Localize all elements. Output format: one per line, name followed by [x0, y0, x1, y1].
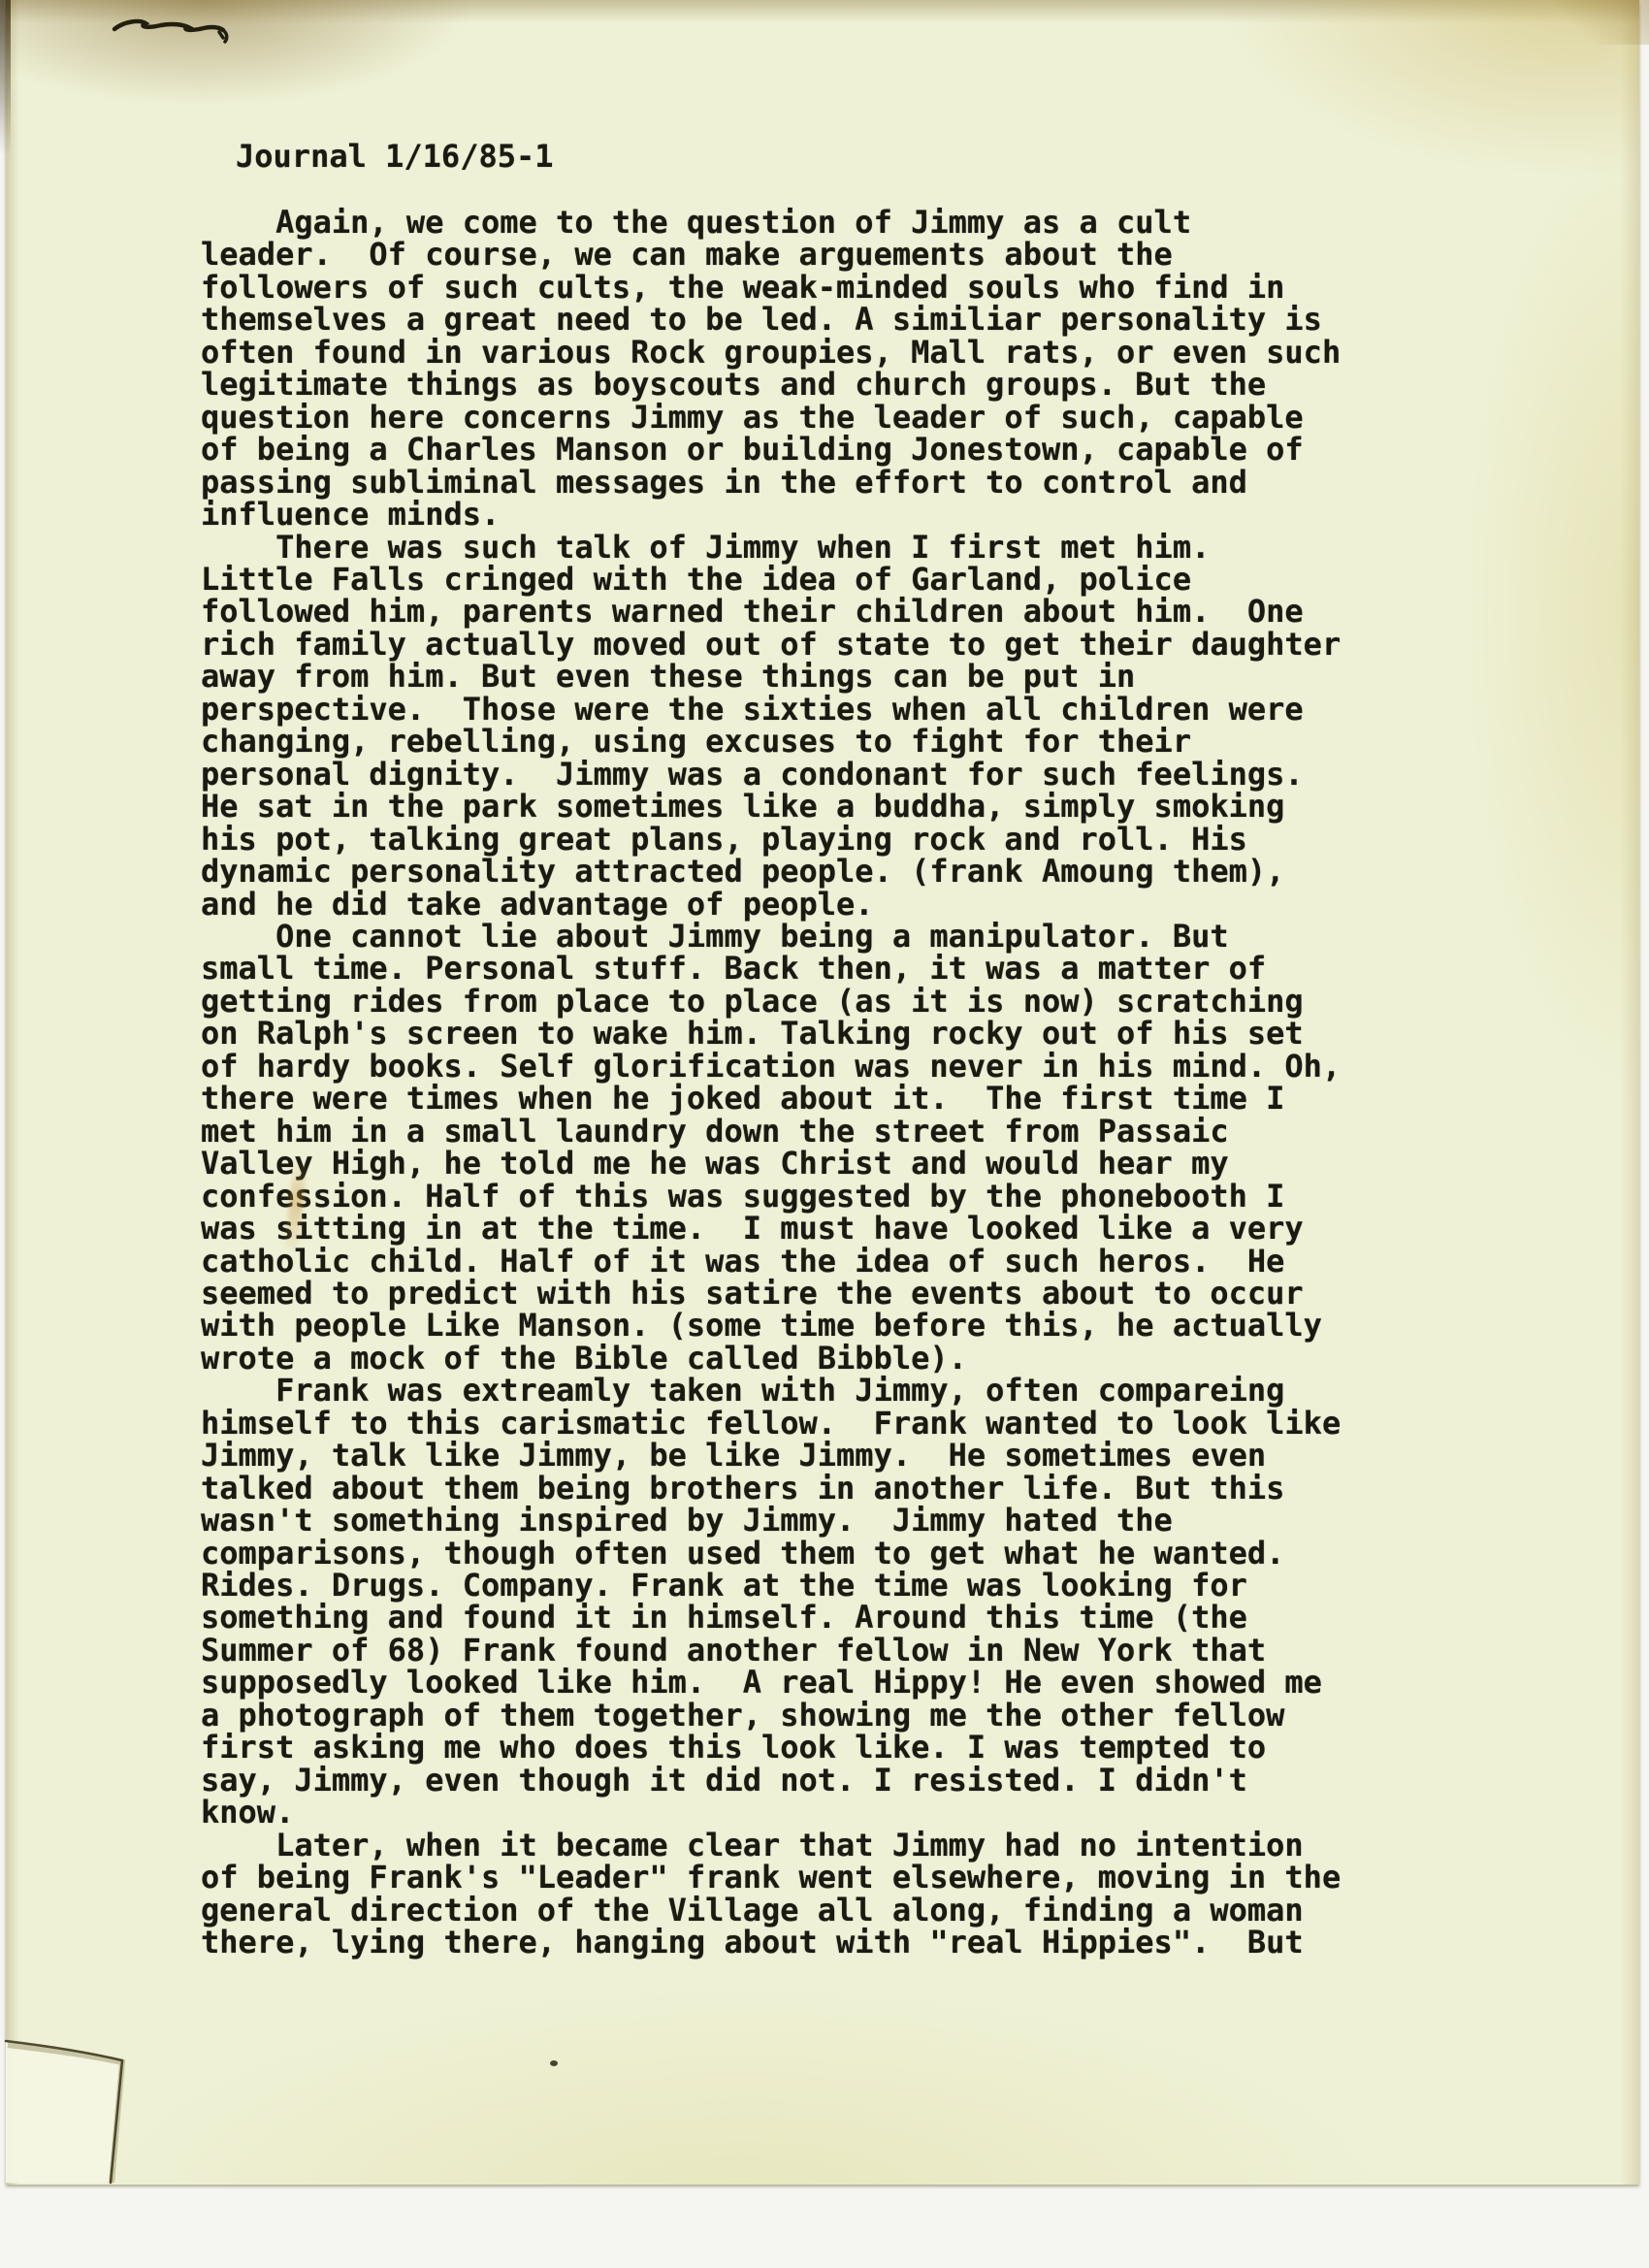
text-line: confession. Half of this was suggested b… — [201, 1181, 1501, 1213]
text-line: getting rides from place to place (as it… — [201, 986, 1501, 1018]
scanner-background: Journal 1/16/85-1 Again, we come to the … — [0, 0, 1649, 2268]
text-line: his pot, talking great plans, playing ro… — [201, 824, 1501, 856]
text-line: comparisons, though often used them to g… — [201, 1538, 1501, 1570]
text-line: a photograph of them together, showing m… — [201, 1700, 1501, 1732]
text-line: often found in various Rock groupies, Ma… — [201, 337, 1501, 369]
text-line: there were times when he joked about it.… — [201, 1083, 1501, 1115]
text-line: small time. Personal stuff. Back then, i… — [201, 953, 1501, 985]
text-line: of being Frank's "Leader" frank went els… — [201, 1862, 1501, 1894]
text-line: Rides. Drugs. Company. Frank at the time… — [201, 1570, 1501, 1602]
folded-corner — [4, 1991, 198, 2185]
text-line: there, lying there, hanging about with "… — [201, 1927, 1501, 1959]
text-line: Jimmy, talk like Jimmy, be like Jimmy. H… — [201, 1440, 1501, 1472]
text-line: rich family actually moved out of state … — [201, 629, 1501, 661]
page-title: Journal 1/16/85-1 — [236, 140, 554, 173]
text-line: wrote a mock of the Bible called Bibble)… — [201, 1343, 1501, 1375]
text-line: question here concerns Jimmy as the lead… — [201, 402, 1501, 434]
text-line: Again, we come to the question of Jimmy … — [201, 207, 1501, 239]
text-line: seemed to predict with his satire the ev… — [201, 1278, 1501, 1310]
text-line: on Ralph's screen to wake him. Talking r… — [201, 1018, 1501, 1050]
ink-speck — [550, 2060, 558, 2066]
text-line: dynamic personality attracted people. (f… — [201, 856, 1501, 888]
text-line: Summer of 68) Frank found another fellow… — [201, 1635, 1501, 1667]
text-line: of being a Charles Manson or building Jo… — [201, 434, 1501, 466]
text-line: first asking me who does this look like.… — [201, 1732, 1501, 1764]
text-line: perspective. Those were the sixties when… — [201, 694, 1501, 726]
text-line: Little Falls cringed with the idea of Ga… — [201, 564, 1501, 596]
text-line: Frank was extreamly taken with Jimmy, of… — [201, 1375, 1501, 1407]
text-line: influence minds. — [201, 499, 1501, 531]
paragraph: There was such talk of Jimmy when I firs… — [201, 532, 1501, 921]
text-line: know. — [201, 1797, 1501, 1829]
text-line: say, Jimmy, even though it did not. I re… — [201, 1765, 1501, 1797]
text-line: themselves a great need to be led. A sim… — [201, 304, 1501, 336]
text-line: followed him, parents warned their child… — [201, 596, 1501, 628]
text-line: was sitting in at the time. I must have … — [201, 1213, 1501, 1245]
text-line: He sat in the park sometimes like a budd… — [201, 791, 1501, 823]
text-line: something and found it in himself. Aroun… — [201, 1602, 1501, 1634]
text-line: Valley High, he told me he was Christ an… — [201, 1148, 1501, 1180]
text-line: leader. Of course, we can make arguement… — [201, 239, 1501, 271]
paragraph: Later, when it became clear that Jimmy h… — [201, 1830, 1501, 1960]
text-line: and he did take advantage of people. — [201, 889, 1501, 921]
paragraph: Frank was extreamly taken with Jimmy, of… — [201, 1375, 1501, 1829]
paragraph: Again, we come to the question of Jimmy … — [201, 207, 1501, 532]
text-line: of hardy books. Self glorification was n… — [201, 1051, 1501, 1083]
text-line: with people Like Manson. (some time befo… — [201, 1310, 1501, 1342]
text-line: catholic child. Half of it was the idea … — [201, 1246, 1501, 1278]
text-line: legitimate things as boyscouts and churc… — [201, 369, 1501, 401]
text-line: away from him. But even these things can… — [201, 661, 1501, 693]
text-line: met him in a small laundry down the stre… — [201, 1116, 1501, 1148]
text-line: One cannot lie about Jimmy being a manip… — [201, 921, 1501, 953]
journal-body: Again, we come to the question of Jimmy … — [201, 207, 1501, 1959]
text-line: passing subliminal messages in the effor… — [201, 467, 1501, 499]
corner-stain — [1556, 0, 1649, 45]
text-line: personal dignity. Jimmy was a condonant … — [201, 759, 1501, 791]
paragraph: One cannot lie about Jimmy being a manip… — [201, 921, 1501, 1375]
text-line: wasn't something inspired by Jimmy. Jimm… — [201, 1505, 1501, 1537]
journal-page: Journal 1/16/85-1 Again, we come to the … — [6, 0, 1639, 2185]
text-line: supposedly looked like him. A real Hippy… — [201, 1667, 1501, 1699]
scan-edge-shadow — [0, 0, 11, 155]
text-line: himself to this carismatic fellow. Frank… — [201, 1408, 1501, 1440]
text-line: There was such talk of Jimmy when I firs… — [201, 532, 1501, 564]
text-line: talked about them being brothers in anot… — [201, 1473, 1501, 1505]
text-line: changing, rebelling, using excuses to fi… — [201, 726, 1501, 758]
text-line: general direction of the Village all alo… — [201, 1895, 1501, 1927]
text-line: Later, when it became clear that Jimmy h… — [201, 1830, 1501, 1862]
text-line: followers of such cults, the weak-minded… — [201, 272, 1501, 304]
pen-squiggle-icon — [111, 8, 246, 51]
